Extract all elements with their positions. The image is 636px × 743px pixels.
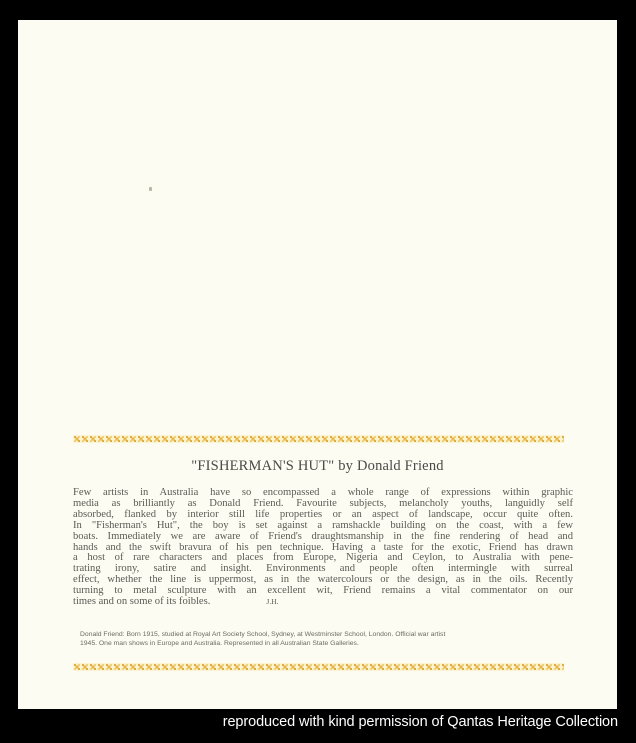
document-page: "FISHERMAN'S HUT" by Donald Friend Few a…	[18, 20, 617, 709]
paragraph-last-line: times and on some of its foibles.J.H.	[73, 597, 573, 608]
ornamental-border-bottom	[73, 663, 564, 671]
bio-line: 1945. One man shows in Europe and Austra…	[80, 640, 560, 649]
artist-bio: Donald Friend: Born 1915, studied at Roy…	[80, 631, 560, 648]
paragraph-line: boats. Immediately we are aware of Frien…	[73, 532, 573, 543]
artwork-title: "FISHERMAN'S HUT" by Donald Friend	[18, 458, 617, 475]
paragraph-line: times and on some of its foibles.	[73, 596, 210, 607]
bio-line: Donald Friend: Born 1915, studied at Roy…	[80, 631, 560, 640]
description-paragraph: Few artists in Australia have so encompa…	[73, 488, 573, 608]
paper-speck	[149, 187, 152, 191]
author-initials: J.H.	[266, 597, 278, 606]
credit-caption: reproduced with kind permission of Qanta…	[223, 714, 618, 730]
ornamental-border-top	[73, 435, 564, 443]
paragraph-line: In "Fisherman's Hut", the boy is set aga…	[73, 521, 573, 532]
